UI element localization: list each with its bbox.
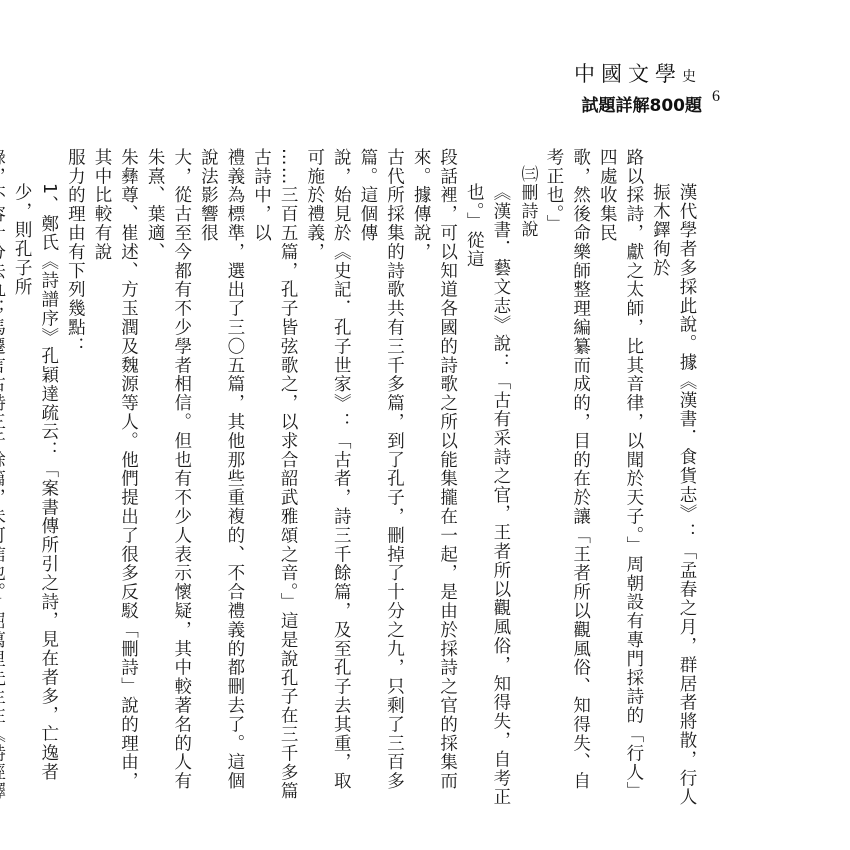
page-number: 6 bbox=[712, 88, 720, 106]
series-title: 中國文學史 bbox=[574, 62, 702, 89]
book-title: 試題詳解800題 bbox=[574, 91, 702, 116]
text-column: 服力的理由有下列幾點： bbox=[62, 148, 89, 808]
text-column: 大，從古至今都有不少學者相信。但也有不少人表示懷疑，其中較著名的人有朱熹、葉適、 bbox=[142, 148, 195, 808]
series-title-suffix: 史 bbox=[682, 69, 702, 85]
text-column: 漢代學者多採此說。據《漢書．食貨志》：「孟春之月，群居者將散，行人振木鐸徇於 bbox=[647, 148, 700, 808]
text-column: 錄，不容十分去九；馬遷言古詩三千餘篇，未可信也。」屈萬里先生在《詩經釋義》中，就 bbox=[0, 148, 9, 808]
text-column: 《漢書．藝文志》說：「古有采詩之官，王者所以觀風俗，知得失，自考正也。」從這 bbox=[461, 148, 514, 808]
text-column: 說，始見於《史記．孔子世家》：「古者，詩三千餘篇，及至孔子去其重，取可施於禮義， bbox=[301, 148, 354, 808]
text-column: 路以採詩，獻之太師，比其音律，以聞於天子。」周朝設有專門採詩的「行人」四處收集民 bbox=[594, 148, 647, 808]
text-column: 段話裡，可以知道各國的詩歌之所以能集攏在一起，是由於採詩之官的採集而來。據傳說， bbox=[407, 148, 460, 808]
text-column: 朱彝尊、崔述、方玉潤及魏源等人。他們提出了很多反駁「刪詩」說的理由，其中比較有說 bbox=[88, 148, 141, 808]
list-item: 1、鄭氏《詩譜序》孔穎達疏云：「案書傳所引之詩，見在者多，亡逸者少，則孔子所 bbox=[9, 148, 62, 808]
text-column: 歌，然後命樂師整理編纂而成的，目的在於讓「王者所以觀風俗、知得失、自考正也。」 bbox=[540, 148, 593, 808]
body-text: 漢代學者多採此說。據《漢書．食貨志》：「孟春之月，群居者將散，行人振木鐸徇於 路… bbox=[0, 148, 700, 808]
running-header: 中國文學史 試題詳解800題 bbox=[574, 62, 702, 116]
text-column: 禮義為標準，選出了三〇五篇，其他那些重複的、不合禮義的都刪去了。這個說法影響很 bbox=[195, 148, 248, 808]
text-column: ……三百五篇，孔子皆弦歌之，以求合韶武雅頌之音。」這是說孔子在三千多篇古詩中，以 bbox=[248, 148, 301, 808]
section-heading: ㈢刪詩說 bbox=[514, 148, 541, 808]
series-title-main: 中國文學 bbox=[574, 62, 682, 86]
text-column: 古代所採集的詩歌共有三千多篇，到了孔子，刪掉了十分之九，只剩了三百多篇。這個傳 bbox=[354, 148, 407, 808]
